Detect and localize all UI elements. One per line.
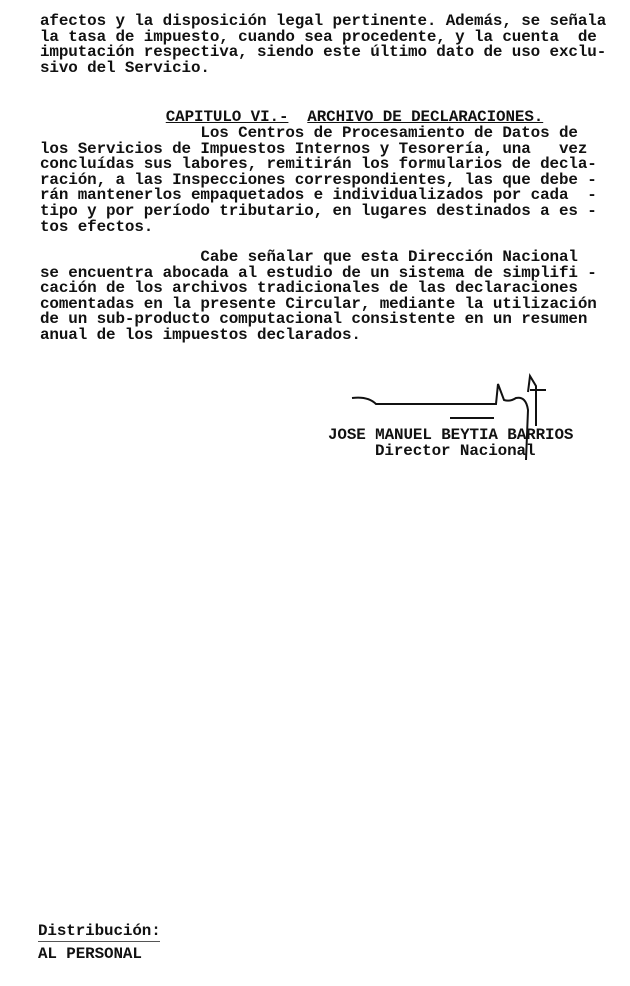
text-line: Cabe señalar que esta Dirección Nacional (40, 250, 578, 265)
text-line: tos efectos. (40, 220, 153, 235)
signatory-title: Director Nacional (375, 444, 535, 459)
text-line: afectos y la disposición legal pertinent… (40, 14, 606, 29)
text-line: cación de los archivos tradicionales de … (40, 281, 578, 296)
text-line: imputación respectiva, siendo este últim… (40, 45, 606, 60)
text-line: Los Centros de Procesamiento de Datos de (40, 126, 578, 141)
distribution-underline (38, 941, 160, 942)
text-line: anual de los impuestos declarados. (40, 328, 361, 343)
signatory-name: JOSE MANUEL BEYTIA BARRIOS (328, 428, 573, 443)
distribution-label: Distribución: (38, 924, 161, 939)
text-line: tipo y por período tributario, en lugare… (40, 204, 597, 219)
text-line: sivo del Servicio. (40, 61, 210, 76)
text-line: concluídas sus labores, remitirán los fo… (40, 157, 597, 172)
distribution-recipient: AL PERSONAL (38, 947, 142, 962)
